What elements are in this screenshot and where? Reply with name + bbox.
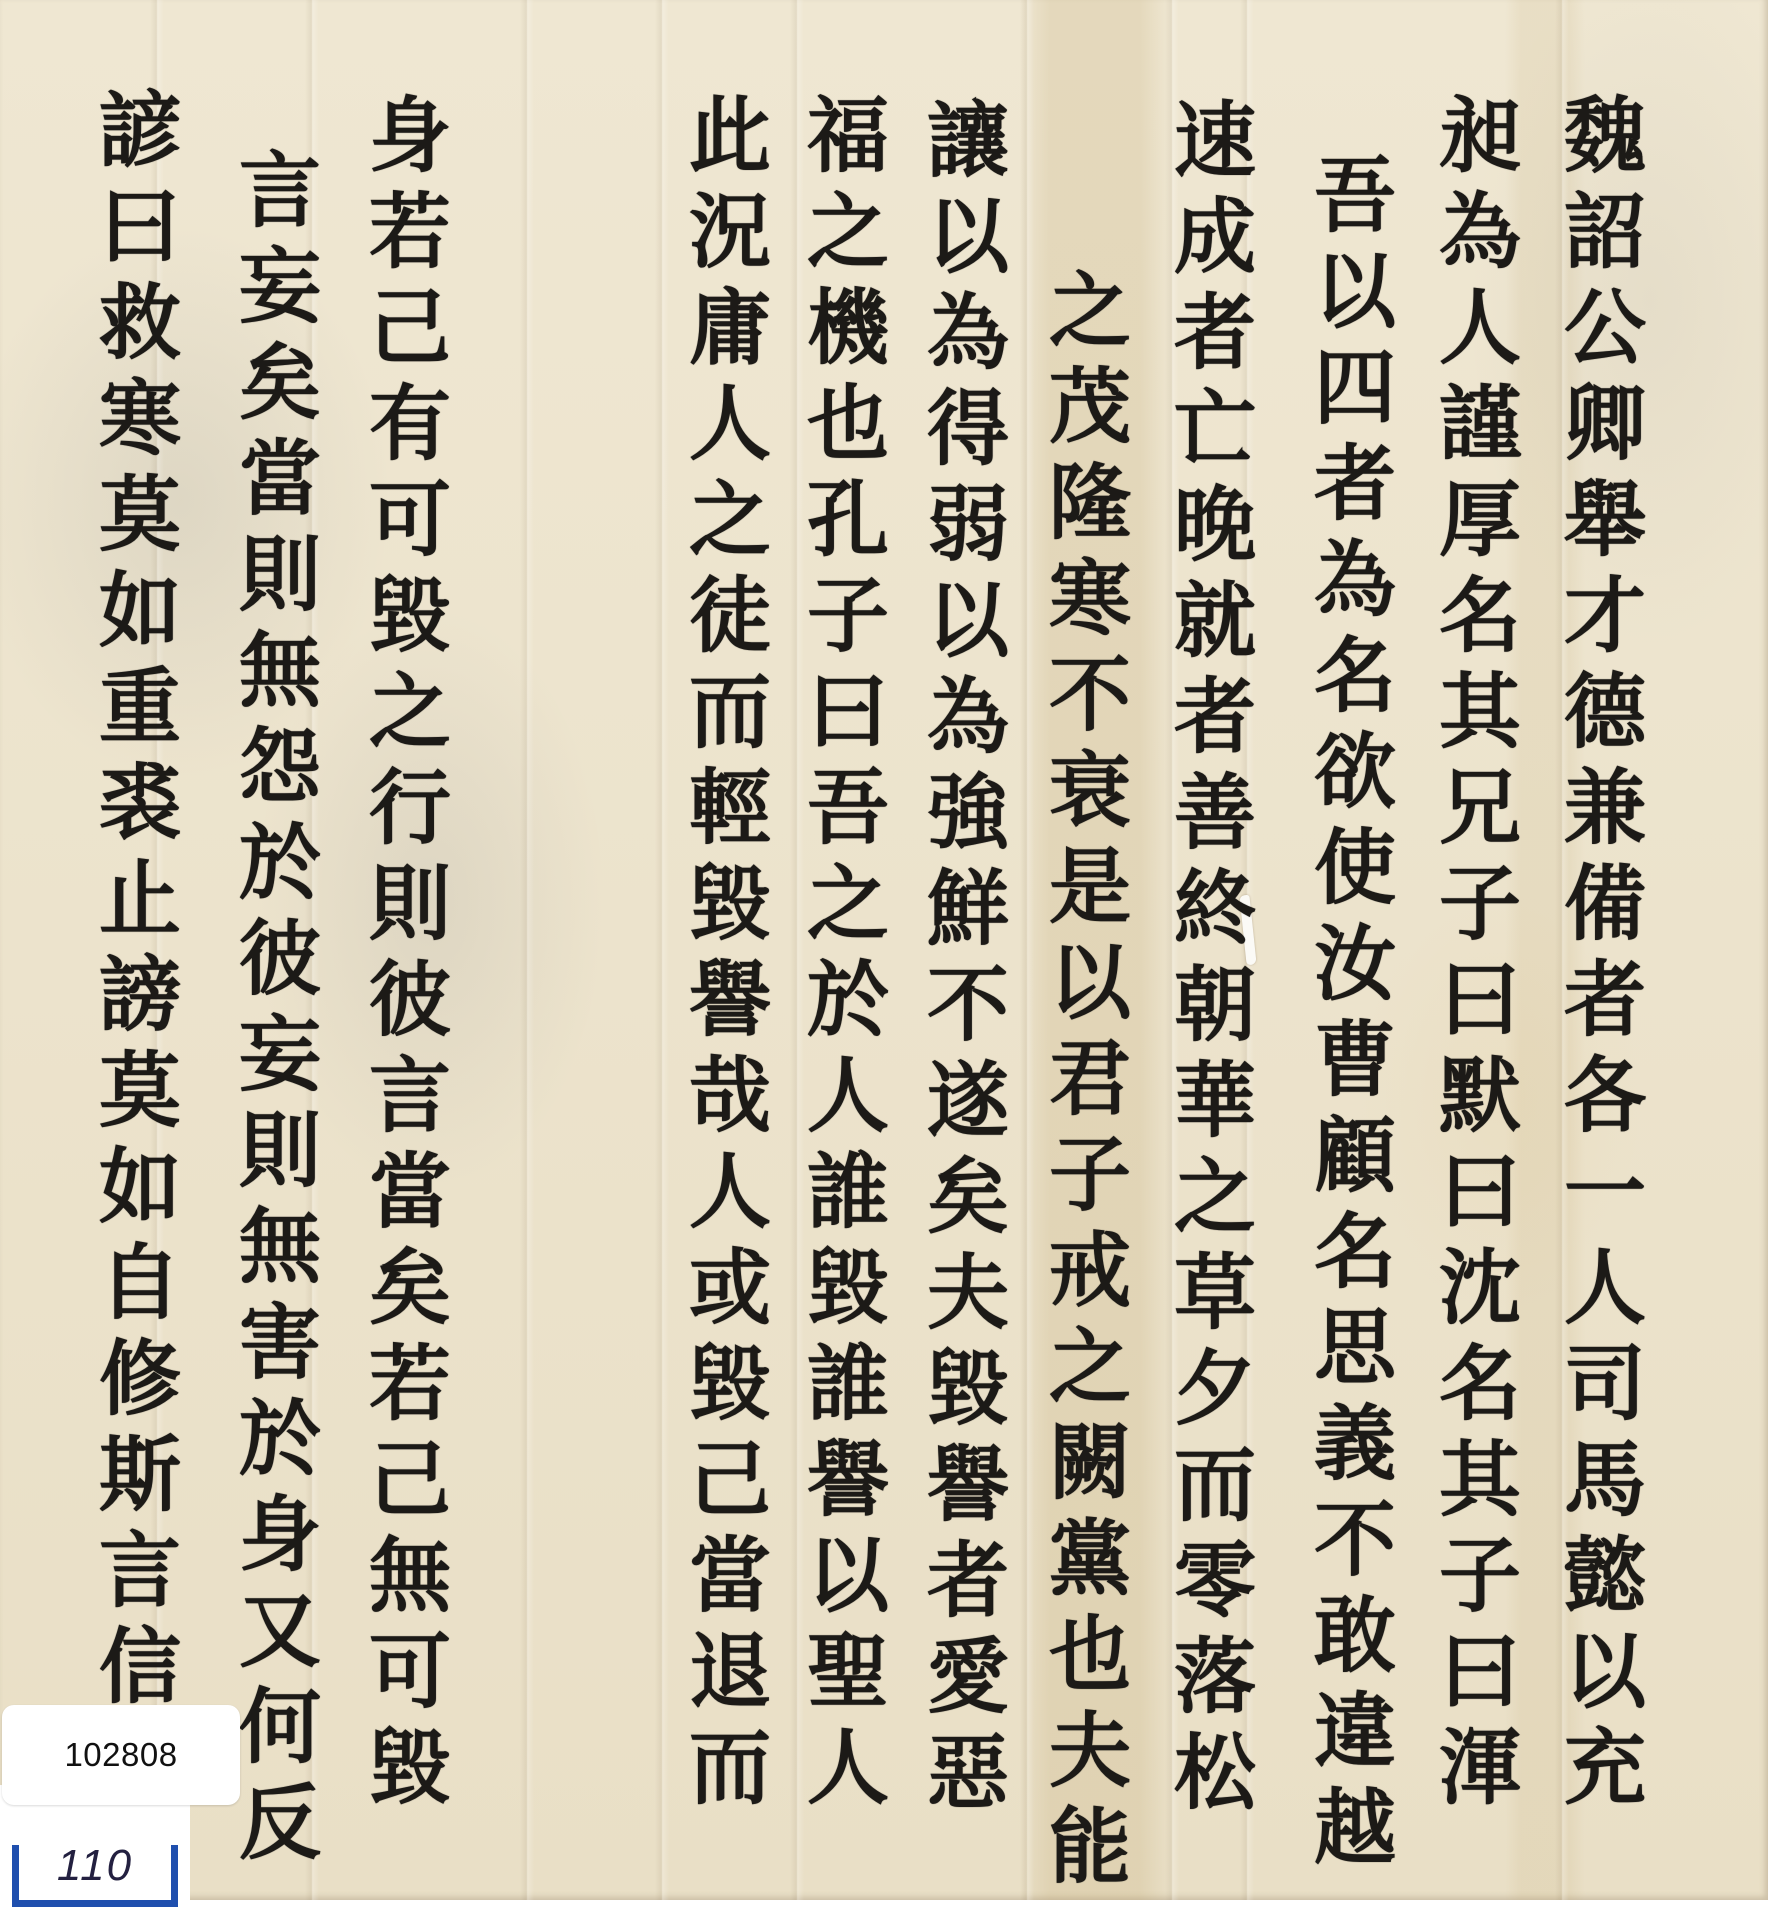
character: 思 [1314,1307,1396,1403]
character: 四 [1314,347,1396,443]
character: 庸 [689,287,771,383]
character: 身 [239,1494,321,1590]
character: 公 [1564,287,1646,383]
character: 無 [239,630,321,726]
text-column-5: 之茂隆寒不衰是以君子戒之闕黨也夫能 [1049,270,1131,1902]
character: 言 [239,150,321,246]
character: 愛 [927,1636,1009,1732]
character: 之 [807,863,889,959]
character: 身 [369,95,451,191]
character: 己 [369,1439,451,1535]
character: 者 [1174,292,1256,388]
character: 夫 [927,1252,1009,1348]
character: 修 [99,1338,181,1434]
character: 妄 [239,246,321,342]
character: 之 [1049,270,1131,366]
character: 於 [239,1398,321,1494]
character: 毀 [689,1343,771,1439]
character: 子 [1439,1535,1521,1631]
character: 子 [1049,1134,1131,1230]
character: 弱 [927,484,1009,580]
character: 終 [1174,868,1256,964]
handwritten-number: 110 [57,1841,133,1891]
character: 沈 [1439,1247,1521,1343]
character: 為 [927,676,1009,772]
character: 充 [1564,1727,1646,1823]
character: 謹 [1439,383,1521,479]
character: 君 [1049,1038,1131,1134]
character: 得 [927,388,1009,484]
character: 裘 [99,762,181,858]
character: 無 [369,1535,451,1631]
fold-line [790,0,804,1900]
character: 如 [99,1146,181,1242]
character: 若 [369,191,451,287]
character: 為 [1314,539,1396,635]
character: 鮮 [927,868,1009,964]
character: 福 [807,95,889,191]
character: 就 [1174,580,1256,676]
character: 自 [99,1242,181,1338]
character: 可 [369,479,451,575]
character: 子 [807,575,889,671]
character: 能 [1049,1806,1131,1902]
character: 救 [99,282,181,378]
character: 徒 [689,575,771,671]
character: 無 [239,1206,321,1302]
character: 落 [1174,1636,1256,1732]
character: 以 [927,580,1009,676]
character: 是 [1049,846,1131,942]
fold-line [520,0,534,1900]
character: 以 [927,196,1009,292]
catalog-sticker: 102808 110 [0,1705,240,1920]
character: 曰 [1439,1631,1521,1727]
character: 者 [927,1540,1009,1636]
character: 為 [927,292,1009,388]
character: 反 [239,1782,321,1878]
text-column-7: 福之機也孔子曰吾之於人誰毀誰譽以聖人 [807,95,889,1823]
character: 而 [689,1727,771,1823]
text-column-10: 言妄矣當則無怨於彼妄則無害於身又何反 [239,150,321,1878]
character: 而 [1174,1444,1256,1540]
character: 怨 [239,726,321,822]
character: 之 [1174,1156,1256,1252]
character: 魏 [1564,95,1646,191]
character: 矣 [927,1156,1009,1252]
character: 之 [1049,1326,1131,1422]
character: 一 [1564,1151,1646,1247]
text-column-8: 此況庸人之徒而輕毀譽哉人或毀己當退而 [689,95,771,1823]
character: 者 [1174,676,1256,772]
character: 卿 [1564,383,1646,479]
character: 人 [689,1151,771,1247]
fold-line [655,0,669,1900]
character: 矣 [239,342,321,438]
character: 可 [369,1631,451,1727]
character: 言 [99,1530,181,1626]
character: 為 [1439,191,1521,287]
character: 於 [807,959,889,1055]
character: 懿 [1564,1535,1646,1631]
catalog-number-frame: 110 [12,1845,178,1907]
character: 兼 [1564,767,1646,863]
character: 誰 [807,1343,889,1439]
character: 名 [1314,635,1396,731]
character: 亡 [1174,388,1256,484]
character: 之 [369,671,451,767]
character: 朝 [1174,964,1256,1060]
character: 者 [1564,959,1646,1055]
character: 者 [1314,443,1396,539]
character: 司 [1564,1343,1646,1439]
character: 曰 [99,186,181,282]
character: 顧 [1314,1115,1396,1211]
character: 斯 [99,1434,181,1530]
character: 則 [239,1110,321,1206]
text-column-11: 諺曰救寒莫如重裘止謗莫如自修斯言信矣 [99,90,181,1818]
character: 戒 [1049,1230,1131,1326]
character: 彼 [369,959,451,1055]
character: 松 [1174,1732,1256,1828]
character: 華 [1174,1060,1256,1156]
character: 詔 [1564,191,1646,287]
character: 人 [807,1055,889,1151]
character: 隆 [1049,462,1131,558]
character: 況 [689,191,771,287]
character: 夕 [1174,1348,1256,1444]
character: 行 [369,767,451,863]
character: 譽 [927,1444,1009,1540]
character: 又 [239,1590,321,1686]
character: 謗 [99,954,181,1050]
character: 欲 [1314,731,1396,827]
character: 機 [807,287,889,383]
character: 之 [807,191,889,287]
character: 默 [1439,1055,1521,1151]
character: 毀 [689,863,771,959]
character: 寒 [1049,558,1131,654]
character: 其 [1439,671,1521,767]
character: 於 [239,822,321,918]
character: 吾 [1314,155,1396,251]
character: 違 [1314,1691,1396,1787]
text-column-3: 吾以四者為名欲使汝曹顧名思義不敢違越 [1314,155,1396,1883]
text-column-9: 身若己有可毀之行則彼言當矣若己無可毀 [369,95,451,1823]
character: 哉 [689,1055,771,1151]
character: 舉 [1564,479,1646,575]
character: 遂 [927,1060,1009,1156]
character: 零 [1174,1540,1256,1636]
character: 當 [369,1151,451,1247]
character: 孔 [807,479,889,575]
character: 善 [1174,772,1256,868]
character: 子 [1439,863,1521,959]
character: 馬 [1564,1439,1646,1535]
text-column-6: 讓以為得弱以為強鮮不遂矣夫毀譽者愛惡 [927,100,1009,1828]
character: 毀 [927,1348,1009,1444]
character: 名 [1439,575,1521,671]
character: 曰 [807,671,889,767]
character: 莫 [99,1050,181,1146]
character: 己 [369,287,451,383]
character: 此 [689,95,771,191]
character: 輕 [689,767,771,863]
character: 重 [99,666,181,762]
character: 或 [689,1247,771,1343]
character: 而 [689,671,771,767]
character: 各 [1564,1055,1646,1151]
character: 讓 [927,100,1009,196]
character: 曹 [1314,1019,1396,1115]
character: 妄 [239,1014,321,1110]
character: 以 [1564,1631,1646,1727]
character: 以 [807,1535,889,1631]
character: 厚 [1439,479,1521,575]
catalog-id-number: 102808 [64,1736,177,1774]
character: 曰 [1439,959,1521,1055]
character: 茂 [1049,366,1131,462]
character: 曰 [1439,1151,1521,1247]
character: 夫 [1049,1710,1131,1806]
character: 渾 [1439,1727,1521,1823]
character: 莫 [99,474,181,570]
character: 言 [369,1055,451,1151]
character: 敢 [1314,1595,1396,1691]
character: 強 [927,772,1009,868]
character: 以 [1049,942,1131,1038]
text-column-2: 昶為人謹厚名其兄子曰默曰沈名其子曰渾 [1439,95,1521,1823]
character: 人 [689,383,771,479]
character: 己 [689,1439,771,1535]
character: 闕 [1049,1422,1131,1518]
character: 不 [1049,654,1131,750]
character: 草 [1174,1252,1256,1348]
character: 也 [807,383,889,479]
character: 也 [1049,1614,1131,1710]
character: 何 [239,1686,321,1782]
character: 當 [239,438,321,534]
character: 人 [1439,287,1521,383]
character: 如 [99,570,181,666]
character: 惡 [927,1732,1009,1828]
character: 退 [689,1631,771,1727]
character: 毀 [369,1727,451,1823]
character: 人 [807,1727,889,1823]
character: 毀 [807,1247,889,1343]
text-column-4: 速成者亡晚就者善終朝華之草夕而零落松 [1174,100,1256,1828]
character: 不 [1314,1499,1396,1595]
character: 備 [1564,863,1646,959]
character: 其 [1439,1439,1521,1535]
character: 以 [1314,251,1396,347]
catalog-id-label: 102808 [2,1705,240,1805]
character: 諺 [99,90,181,186]
character: 使 [1314,827,1396,923]
character: 德 [1564,671,1646,767]
character: 昶 [1439,95,1521,191]
character: 則 [239,534,321,630]
character: 譽 [689,959,771,1055]
character: 名 [1314,1211,1396,1307]
character: 之 [689,479,771,575]
character: 當 [689,1535,771,1631]
character: 名 [1439,1343,1521,1439]
character: 若 [369,1343,451,1439]
character: 汝 [1314,923,1396,1019]
character: 晚 [1174,484,1256,580]
character: 不 [927,964,1009,1060]
character: 譽 [807,1439,889,1535]
character: 誰 [807,1151,889,1247]
character: 吾 [807,767,889,863]
fold-line [1020,0,1034,1900]
text-column-1: 魏詔公卿舉才德兼備者各一人司馬懿以充 [1564,95,1646,1823]
character: 則 [369,863,451,959]
character: 才 [1564,575,1646,671]
character: 衰 [1049,750,1131,846]
character: 毀 [369,575,451,671]
character: 兄 [1439,767,1521,863]
character: 義 [1314,1403,1396,1499]
character: 害 [239,1302,321,1398]
character: 止 [99,858,181,954]
character: 聖 [807,1631,889,1727]
character: 越 [1314,1787,1396,1883]
character: 矣 [369,1247,451,1343]
character: 有 [369,383,451,479]
character: 速 [1174,100,1256,196]
character: 彼 [239,918,321,1014]
character: 成 [1174,196,1256,292]
character: 黨 [1049,1518,1131,1614]
character: 人 [1564,1247,1646,1343]
character: 寒 [99,378,181,474]
